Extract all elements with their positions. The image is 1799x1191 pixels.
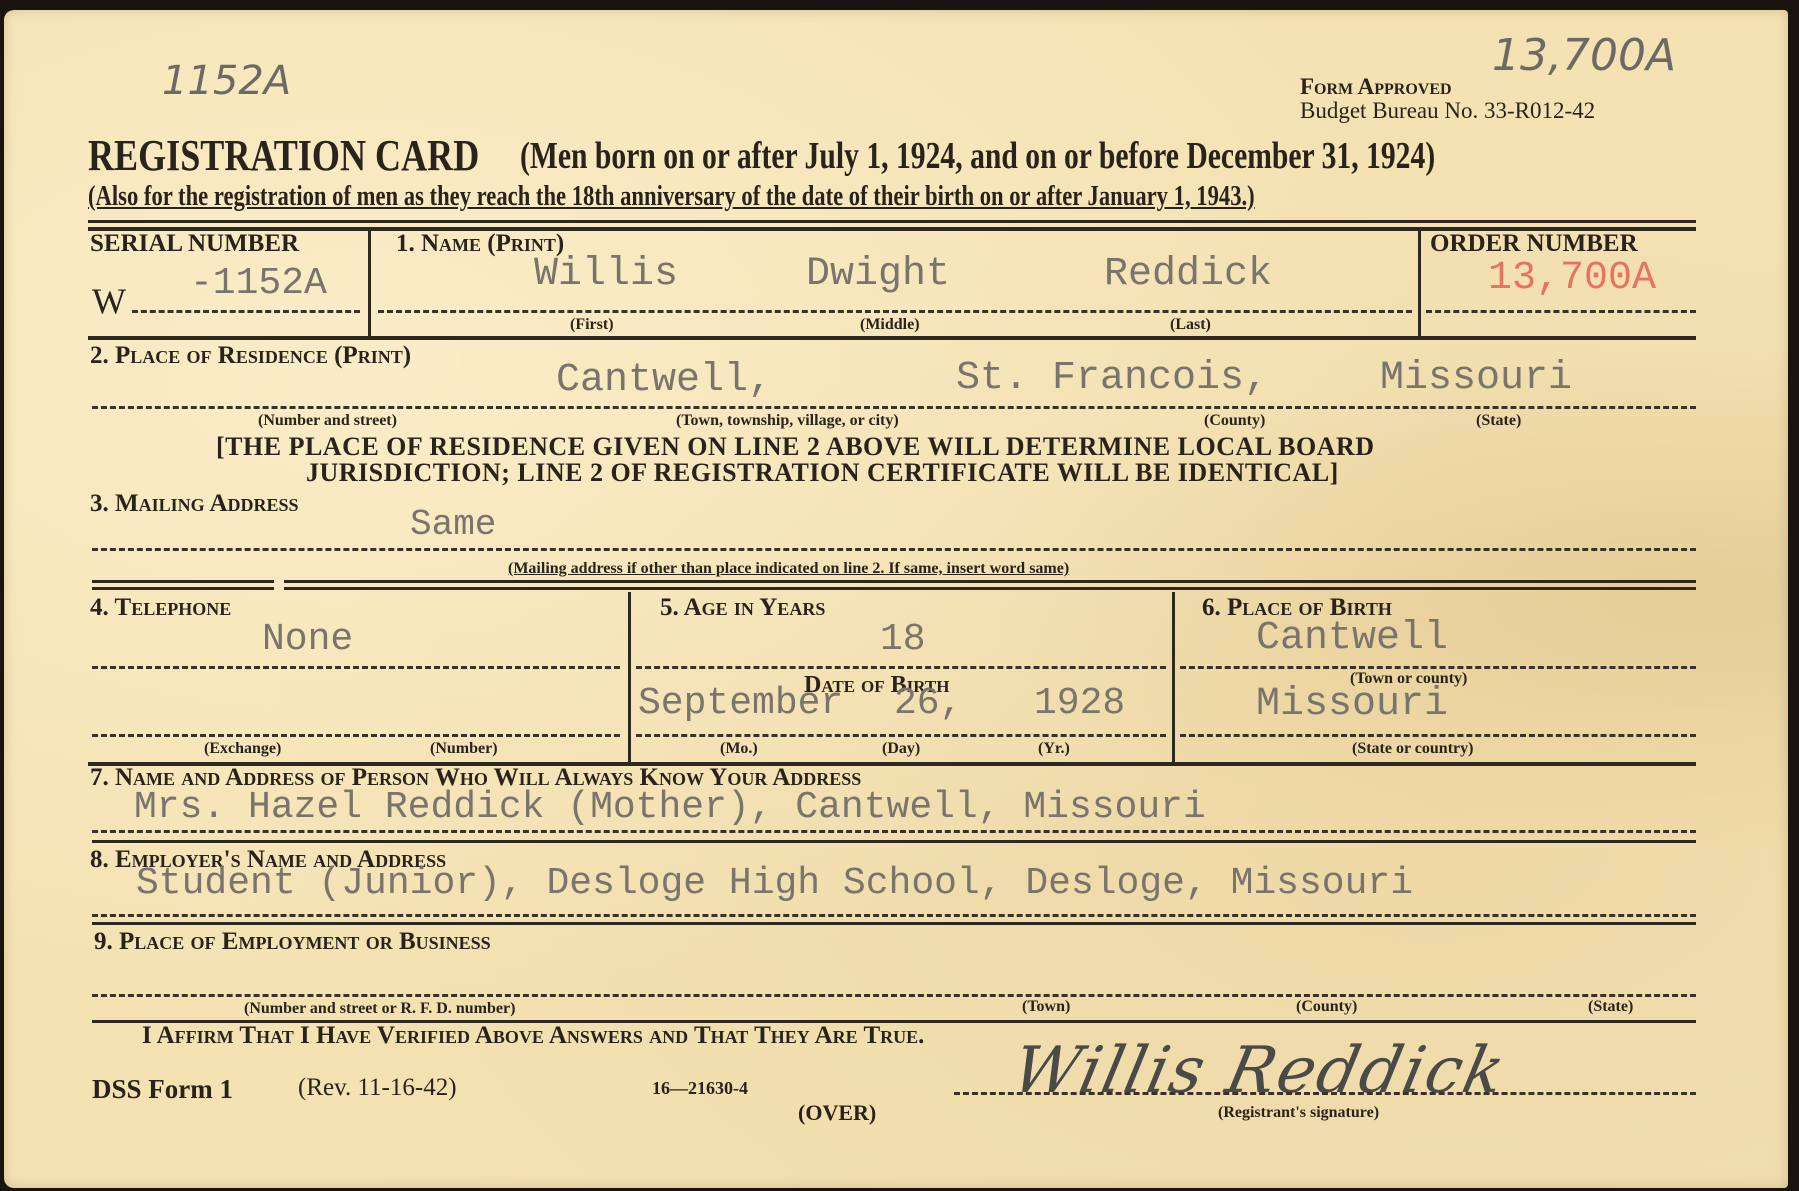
jurisdiction-notice-line2: JURISDICTION; LINE 2 OF REGISTRATION CER…: [306, 458, 1339, 488]
employment-place-label: 9. Place of Employment or Business: [94, 928, 491, 956]
exchange-caption: (Exchange): [204, 740, 281, 758]
first-caption: (First): [570, 316, 614, 334]
page-title: REGISTRATION CARD: [88, 130, 479, 181]
street-caption: (Number and street): [258, 412, 397, 430]
residence-state-value: Missouri: [1380, 356, 1572, 401]
budget-bureau-number: Budget Bureau No. 33-R012-42: [1300, 98, 1595, 124]
day-caption: (Day): [882, 740, 920, 758]
handwritten-serial: 1152A: [162, 58, 291, 104]
birthplace-state-value: Missouri: [1256, 682, 1448, 727]
affirmation-text: I Affirm That I Have Verified Above Answ…: [142, 1022, 924, 1050]
number-caption: (Number): [430, 740, 498, 758]
order-number-value: 13,700A: [1488, 256, 1656, 301]
serial-number-label: SERIAL NUMBER: [90, 230, 299, 258]
telephone-value: None: [262, 618, 353, 661]
last-name-value: Reddick: [1104, 252, 1272, 297]
subtitle: (Also for the registration of men as the…: [88, 180, 1255, 213]
form-id: DSS Form 1: [92, 1074, 233, 1105]
month-caption: (Mo.): [720, 740, 758, 758]
employment-street-caption: (Number and street or R. F. D. number): [244, 1000, 515, 1018]
residence-county-value: St. Francois,: [956, 356, 1268, 401]
dob-day-value: 26,: [894, 682, 962, 725]
age-label: 5. Age in Years: [660, 594, 825, 622]
employment-town-caption: (Town): [1022, 998, 1070, 1016]
mailing-address-value: Same: [410, 504, 496, 545]
employer-value: Student (Junior), Desloge High School, D…: [136, 862, 1413, 905]
middle-caption: (Middle): [860, 316, 920, 334]
signature-caption: (Registrant's signature): [1218, 1104, 1379, 1122]
print-code: 16—21630-4: [652, 1078, 748, 1099]
town-caption: (Town, township, village, or city): [676, 412, 899, 430]
middle-name-value: Dwight: [806, 252, 950, 297]
dob-month-value: September: [638, 682, 843, 725]
form-approved: Form Approved: [1300, 74, 1452, 100]
telephone-label: 4. Telephone: [90, 594, 231, 622]
employment-state-caption: (State): [1588, 998, 1633, 1016]
contact-value: Mrs. Hazel Reddick (Mother), Cantwell, M…: [134, 786, 1206, 829]
birthplace-town-value: Cantwell: [1256, 616, 1448, 661]
over-indicator: (OVER): [798, 1100, 876, 1126]
title-qualifier: (Men born on or after July 1, 1924, and …: [520, 134, 1435, 178]
registrant-signature: Willis Reddick: [1006, 1034, 1513, 1108]
residence-label: 2. Place of Residence (Print): [90, 342, 411, 370]
residence-town-value: Cantwell,: [556, 358, 772, 403]
year-caption: (Yr.): [1038, 740, 1070, 758]
order-number-label: ORDER NUMBER: [1430, 230, 1638, 258]
birthplace-state-caption: (State or country): [1352, 740, 1473, 758]
mailing-caption: (Mailing address if other than place ind…: [508, 560, 1069, 578]
age-value: 18: [880, 618, 926, 661]
handwritten-order: 13,700A: [1492, 30, 1676, 81]
mailing-address-label: 3. Mailing Address: [90, 490, 299, 518]
registration-card: 1152A 13,700A Form Approved Budget Burea…: [4, 10, 1788, 1188]
state-caption: (State): [1476, 412, 1521, 430]
employment-county-caption: (County): [1296, 998, 1357, 1016]
serial-number-value: -1152A: [190, 262, 327, 305]
county-caption: (County): [1204, 412, 1265, 430]
dob-year-value: 1928: [1034, 682, 1125, 725]
last-caption: (Last): [1170, 316, 1211, 334]
form-revision: (Rev. 11-16-42): [298, 1074, 457, 1102]
first-name-value: Willis: [534, 252, 678, 297]
serial-prefix: W: [92, 280, 126, 322]
